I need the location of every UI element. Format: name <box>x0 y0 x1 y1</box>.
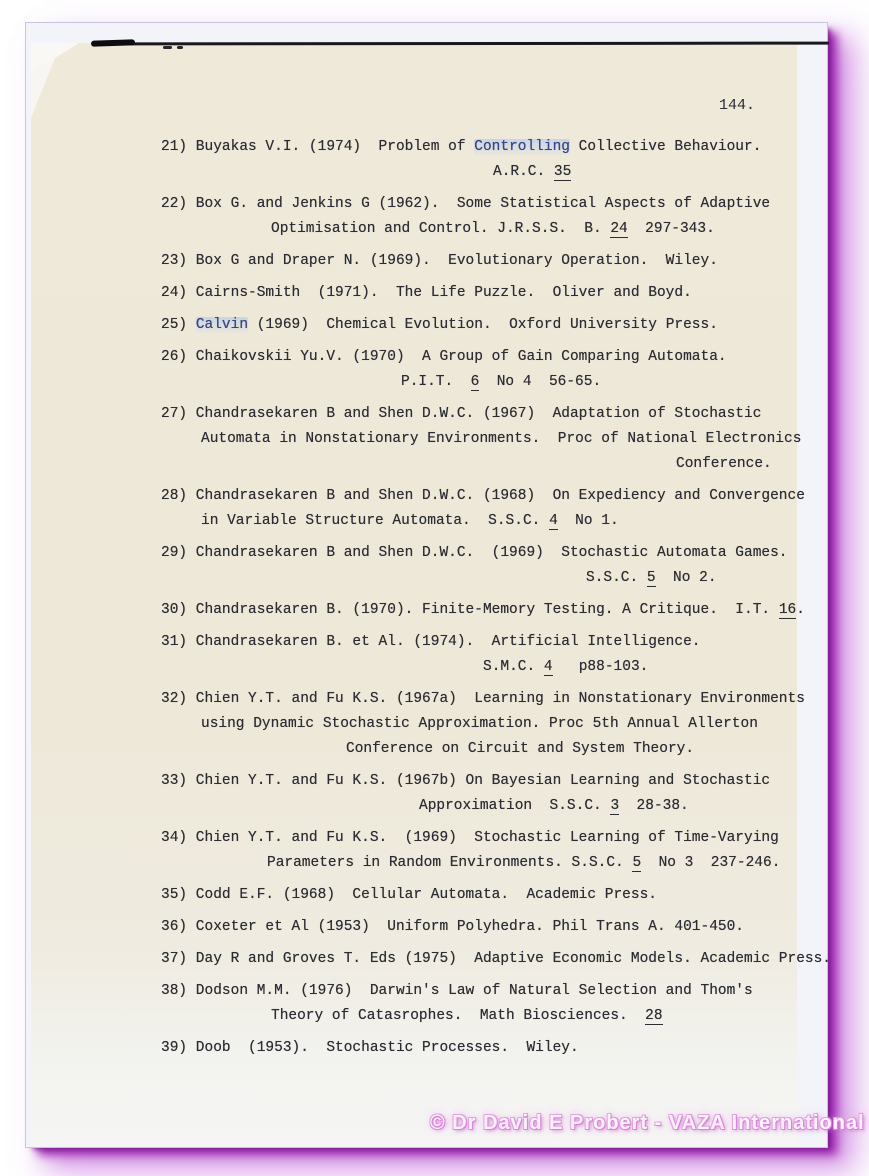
reference-text: Theory of Catasrophes. Math Biosciences. <box>271 1008 645 1024</box>
reference-entry: 33) Chien Y.T. and Fu K.S. (1967b) On Ba… <box>161 769 861 819</box>
reference-entry: 38) Dodson M.M. (1976) Darwin's Law of N… <box>161 979 861 1029</box>
reference-text: . <box>796 602 805 618</box>
reference-text: Optimisation and Control. J.R.S.S. B. <box>271 221 610 237</box>
reference-line: 29) Chandrasekaren B and Shen D.W.C. (19… <box>161 541 861 566</box>
reference-line: 23) Box G and Draper N. (1969). Evolutio… <box>161 249 861 274</box>
reference-text: 34) Chien Y.T. and Fu K.S. (1969) Stocha… <box>161 830 779 846</box>
underlined-volume-number: 4 <box>544 659 553 676</box>
reference-line: in Variable Structure Automata. S.S.C. 4… <box>201 509 861 534</box>
reference-text: 26) Chaikovskii Yu.V. (1970) A Group of … <box>161 349 727 365</box>
blue-tinted-word: Controlling <box>474 139 570 155</box>
reference-text: 35) Codd E.F. (1968) Cellular Automata. … <box>161 887 657 903</box>
reference-text: Conference. <box>676 456 772 472</box>
reference-line: Theory of Catasrophes. Math Biosciences.… <box>271 1004 861 1029</box>
reference-line: S.S.C. 5 No 2. <box>586 566 861 591</box>
reference-line: 33) Chien Y.T. and Fu K.S. (1967b) On Ba… <box>161 769 861 794</box>
reference-line: Approximation S.S.C. 3 28-38. <box>419 794 861 819</box>
reference-entry: 27) Chandrasekaren B and Shen D.W.C. (19… <box>161 402 861 477</box>
underlined-volume-number: 24 <box>610 221 627 238</box>
reference-entry: 25) Calvin (1969) Chemical Evolution. Ox… <box>161 313 861 338</box>
blue-tinted-word: Calvin <box>196 317 248 333</box>
reference-entry: 31) Chandrasekaren B. et Al. (1974). Art… <box>161 630 861 680</box>
reference-text: S.M.C. <box>483 659 544 675</box>
reference-line: 38) Dodson M.M. (1976) Darwin's Law of N… <box>161 979 861 1004</box>
reference-text: No 2. <box>656 570 717 586</box>
ink-speck <box>163 46 172 49</box>
reference-line: 39) Doob (1953). Stochastic Processes. W… <box>161 1036 861 1061</box>
reference-line: 37) Day R and Groves T. Eds (1975) Adapt… <box>161 947 861 972</box>
reference-line: Parameters in Random Environments. S.S.C… <box>267 851 861 876</box>
reference-text: using Dynamic Stochastic Approximation. … <box>201 716 758 732</box>
reference-line: P.I.T. 6 No 4 56-65. <box>401 370 861 395</box>
reference-text: 32) Chien Y.T. and Fu K.S. (1967a) Learn… <box>161 691 805 707</box>
reference-entry: 23) Box G and Draper N. (1969). Evolutio… <box>161 249 861 274</box>
reference-text: 25) <box>161 317 196 333</box>
page-top-edge-blob <box>91 39 135 47</box>
reference-line: 25) Calvin (1969) Chemical Evolution. Ox… <box>161 313 861 338</box>
reference-entry: 30) Chandrasekaren B. (1970). Finite-Mem… <box>161 598 861 623</box>
reference-text: Automata in Nonstationary Environments. … <box>201 431 801 447</box>
reference-text: No 1. <box>558 513 619 529</box>
reference-text: p88-103. <box>553 659 649 675</box>
reference-entry: 35) Codd E.F. (1968) Cellular Automata. … <box>161 883 861 908</box>
reference-line: A.R.C. 35 <box>493 160 861 185</box>
underlined-volume-number: 5 <box>647 570 656 587</box>
page-number: 144. <box>719 97 755 114</box>
reference-line: 32) Chien Y.T. and Fu K.S. (1967a) Learn… <box>161 687 861 712</box>
reference-line: 36) Coxeter et Al (1953) Uniform Polyhed… <box>161 915 861 940</box>
reference-entry: 26) Chaikovskii Yu.V. (1970) A Group of … <box>161 345 861 395</box>
reference-text: 39) Doob (1953). Stochastic Processes. W… <box>161 1040 579 1056</box>
reference-line: 30) Chandrasekaren B. (1970). Finite-Mem… <box>161 598 861 623</box>
reference-text: 29) Chandrasekaren B and Shen D.W.C. (19… <box>161 545 788 561</box>
reference-text: 31) Chandrasekaren B. et Al. (1974). Art… <box>161 634 701 650</box>
reference-text: (1969) Chemical Evolution. Oxford Univer… <box>248 317 718 333</box>
reference-text: No 4 56-65. <box>479 374 601 390</box>
scanned-slide-frame: 144. 21) Buyakas V.I. (1974) Problem of … <box>25 22 828 1148</box>
reference-entry: 34) Chien Y.T. and Fu K.S. (1969) Stocha… <box>161 826 861 876</box>
reference-line: S.M.C. 4 p88-103. <box>483 655 861 680</box>
underlined-volume-number: 35 <box>554 164 571 181</box>
reference-text: 24) Cairns-Smith (1971). The Life Puzzle… <box>161 285 692 301</box>
reference-text: 297-343. <box>628 221 715 237</box>
reference-text: Parameters in Random Environments. S.S.C… <box>267 855 632 871</box>
reference-text: 30) Chandrasekaren B. (1970). Finite-Mem… <box>161 602 779 618</box>
reference-line: 24) Cairns-Smith (1971). The Life Puzzle… <box>161 281 861 306</box>
reference-line: using Dynamic Stochastic Approximation. … <box>201 712 861 737</box>
reference-text: in Variable Structure Automata. S.S.C. <box>201 513 549 529</box>
reference-text: Approximation S.S.C. <box>419 798 610 814</box>
scanned-page: 144. 21) Buyakas V.I. (1974) Problem of … <box>31 43 797 1146</box>
reference-line: 26) Chaikovskii Yu.V. (1970) A Group of … <box>161 345 861 370</box>
reference-entry: 29) Chandrasekaren B and Shen D.W.C. (19… <box>161 541 861 591</box>
reference-text: 23) Box G and Draper N. (1969). Evolutio… <box>161 253 718 269</box>
reference-text: 22) Box G. and Jenkins G (1962). Some St… <box>161 196 770 212</box>
underlined-volume-number: 5 <box>632 855 641 872</box>
reference-line: 34) Chien Y.T. and Fu K.S. (1969) Stocha… <box>161 826 861 851</box>
reference-text: 28-38. <box>619 798 689 814</box>
copyright-watermark: © Dr David E Probert - VAZA Internationa… <box>430 1112 869 1135</box>
reference-text: 27) Chandrasekaren B and Shen D.W.C. (19… <box>161 406 761 422</box>
reference-line: 31) Chandrasekaren B. et Al. (1974). Art… <box>161 630 861 655</box>
underlined-volume-number: 3 <box>610 798 619 815</box>
reference-entry: 37) Day R and Groves T. Eds (1975) Adapt… <box>161 947 861 972</box>
page-corner-fold-notch <box>31 43 79 73</box>
reference-line: 27) Chandrasekaren B and Shen D.W.C. (19… <box>161 402 861 427</box>
reference-text: Conference on Circuit and System Theory. <box>346 741 694 757</box>
reference-line: 22) Box G. and Jenkins G (1962). Some St… <box>161 192 861 217</box>
reference-line: Conference. <box>676 452 861 477</box>
reference-entry: 28) Chandrasekaren B and Shen D.W.C. (19… <box>161 484 861 534</box>
underlined-volume-number: 28 <box>645 1008 662 1025</box>
reference-text: 21) Buyakas V.I. (1974) Problem of <box>161 139 474 155</box>
ink-speck <box>177 46 183 49</box>
reference-text: No 3 237-246. <box>641 855 780 871</box>
reference-text: 33) Chien Y.T. and Fu K.S. (1967b) On Ba… <box>161 773 770 789</box>
reference-entry: 36) Coxeter et Al (1953) Uniform Polyhed… <box>161 915 861 940</box>
reference-text: P.I.T. <box>401 374 471 390</box>
reference-entry: 39) Doob (1953). Stochastic Processes. W… <box>161 1036 861 1061</box>
reference-line: Optimisation and Control. J.R.S.S. B. 24… <box>271 217 861 242</box>
reference-text: 38) Dodson M.M. (1976) Darwin's Law of N… <box>161 983 753 999</box>
references-list: 21) Buyakas V.I. (1974) Problem of Contr… <box>161 135 861 1068</box>
reference-line: Automata in Nonstationary Environments. … <box>201 427 861 452</box>
reference-text: Collective Behaviour. <box>570 139 761 155</box>
reference-entry: 21) Buyakas V.I. (1974) Problem of Contr… <box>161 135 861 185</box>
reference-entry: 24) Cairns-Smith (1971). The Life Puzzle… <box>161 281 861 306</box>
reference-text: S.S.C. <box>586 570 647 586</box>
reference-line: Conference on Circuit and System Theory. <box>346 737 861 762</box>
reference-entry: 22) Box G. and Jenkins G (1962). Some St… <box>161 192 861 242</box>
reference-text: 28) Chandrasekaren B and Shen D.W.C. (19… <box>161 488 805 504</box>
reference-text: 36) Coxeter et Al (1953) Uniform Polyhed… <box>161 919 744 935</box>
reference-text: A.R.C. <box>493 164 554 180</box>
underlined-volume-number: 16 <box>779 602 796 619</box>
underlined-volume-number: 4 <box>549 513 558 530</box>
reference-line: 35) Codd E.F. (1968) Cellular Automata. … <box>161 883 861 908</box>
reference-text: 37) Day R and Groves T. Eds (1975) Adapt… <box>161 951 831 967</box>
page-top-edge-line <box>97 42 829 45</box>
reference-entry: 32) Chien Y.T. and Fu K.S. (1967a) Learn… <box>161 687 861 762</box>
reference-line: 28) Chandrasekaren B and Shen D.W.C. (19… <box>161 484 861 509</box>
reference-line: 21) Buyakas V.I. (1974) Problem of Contr… <box>161 135 861 160</box>
